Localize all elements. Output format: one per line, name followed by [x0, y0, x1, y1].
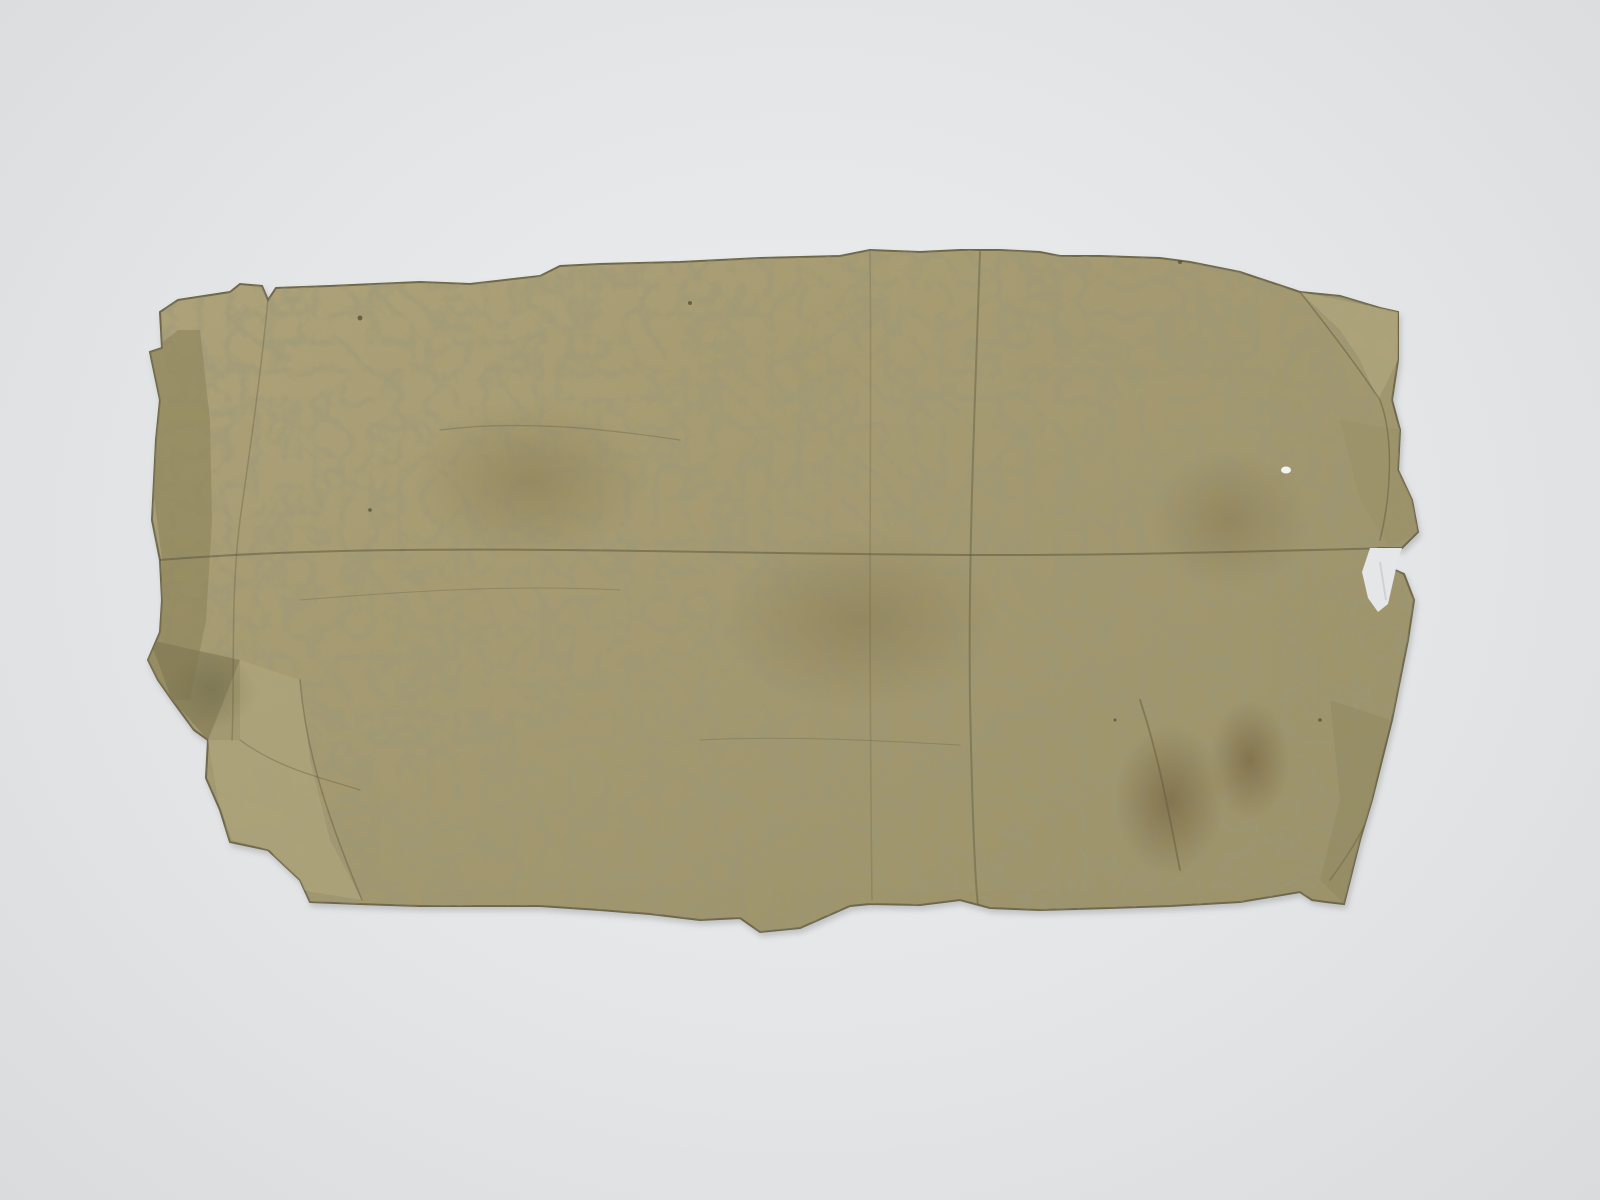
paper-fragment-illustration [0, 0, 1600, 1200]
brown-stain [1115, 725, 1225, 875]
small-hole [1281, 467, 1291, 474]
photo-scene: Photograph of a heavily worn, faded, tor… [0, 0, 1600, 1200]
